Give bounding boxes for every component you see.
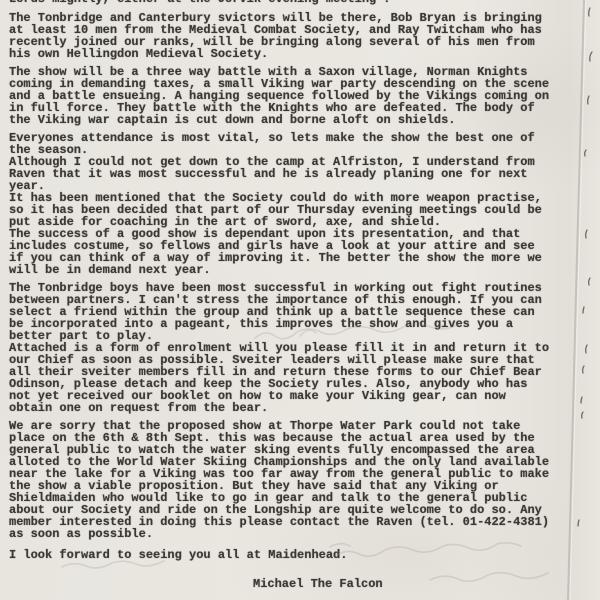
fold-crease xyxy=(568,0,584,600)
document-body: The Tonbridge and Canterbury svictors wi… xyxy=(9,12,569,540)
letter-text-column: Lords mightly, either at the Jorvik even… xyxy=(9,0,569,600)
fold-crease-highlight xyxy=(570,0,586,600)
signature-line: Michael The Falcon xyxy=(9,578,569,590)
paragraph: It has been mentioned that the Society c… xyxy=(9,192,569,228)
closing-line: I look forward to seeing you all at Maid… xyxy=(9,549,569,561)
paragraph: The success of a good show is dependant … xyxy=(9,228,569,276)
paragraph: The show will be a three way battle with… xyxy=(9,66,569,126)
scanned-letter-page: Lords mightly, either at the Jorvik even… xyxy=(0,0,600,600)
paragraph: Everyones attendance is most vital, so l… xyxy=(9,132,569,156)
paragraph: Although I could not get down to the cam… xyxy=(9,156,569,192)
paragraph: We are sorry that the proposed show at T… xyxy=(9,420,569,540)
pen-marks xyxy=(578,8,592,526)
paragraph: The Tonbridge boys have been most succes… xyxy=(9,282,569,342)
paragraph: The Tonbridge and Canterbury svictors wi… xyxy=(9,12,569,60)
paragraph: Attached is a form of enrolment will you… xyxy=(9,342,569,414)
clipped-top-line: Lords mightly, either at the Jorvik even… xyxy=(9,0,569,6)
